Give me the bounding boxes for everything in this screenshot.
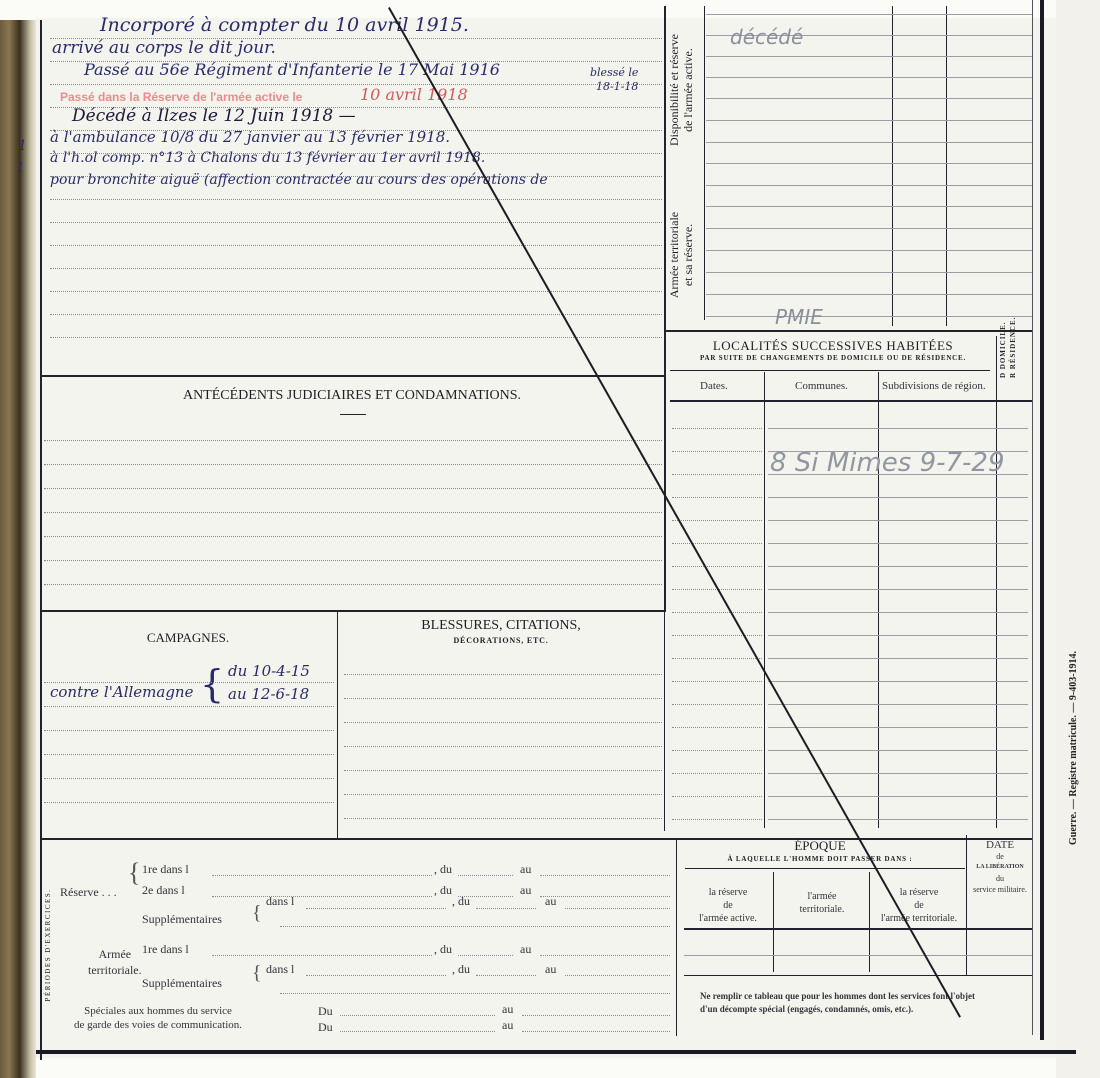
brace-icon: {	[200, 662, 224, 706]
note-line-5: à l'ambulance 10/8 du 27 janvier au 13 f…	[50, 128, 450, 146]
note-line-7: pour bronchite aiguë (affection contract…	[50, 172, 548, 188]
left-margin-mark-1: 1	[18, 138, 27, 154]
note-line-4: Décédé à Ilzes le 12 Juin 1918 —	[72, 106, 356, 126]
reserve-supp-field[interactable]	[306, 908, 446, 909]
domicile-residence-label: D DOMICILE. R RÉSIDENCE.	[998, 317, 1018, 378]
page-margin	[1056, 0, 1100, 1078]
reserve-supp-label: Supplémentaires	[142, 912, 222, 927]
localites-subtitle: PAR SUITE DE CHANGEMENTS DE DOMICILE OU …	[668, 354, 998, 362]
bottom-border	[36, 1050, 1076, 1054]
campaign-from: du 10-4-15	[228, 662, 310, 680]
reserve-1-field[interactable]	[212, 875, 432, 876]
left-margin-mark-2: l	[18, 160, 22, 176]
form-code: Guerre. — Registre matricule. — 9-403-19…	[1068, 651, 1079, 845]
campaign-to: au 12-6-18	[228, 685, 309, 703]
epoque-col-1: la réservedel'armée active.	[684, 886, 772, 925]
pencil-note-decede: décédé	[730, 25, 803, 49]
red-stamp-text: Passé dans la Réserve de l'armée active …	[60, 90, 302, 104]
main-column-divider	[664, 6, 666, 611]
reserve-label: Réserve . . .	[60, 885, 117, 900]
campaign-label: contre l'Allemagne	[50, 683, 193, 701]
section-divider	[40, 375, 666, 377]
armee-territoriale-label: Armée territoriale.	[88, 946, 142, 978]
column-subdivisions: Subdivisions de région.	[882, 380, 986, 392]
armee-1-field[interactable]	[212, 955, 432, 956]
pencil-stamp: PMIE	[775, 305, 823, 329]
note-line-3: Passé au 56e Régiment d'Infanterie le 17…	[84, 60, 500, 79]
note-line-2: arrivé au corps le dit jour.	[52, 38, 276, 58]
localites-title: LOCALITÉS SUCCESSIVES HABITÉES	[668, 338, 998, 354]
armee-supp-field[interactable]	[306, 975, 446, 976]
red-stamp-date: 10 avril 1918	[360, 85, 468, 104]
note-line-1: Incorporé à compter du 10 avril 1915.	[100, 14, 469, 36]
speciales-field-2[interactable]	[340, 1031, 495, 1032]
right-border	[1040, 0, 1044, 1040]
speciales-field-1[interactable]	[340, 1015, 495, 1016]
speciales-label: Spéciales aux hommes du service de garde…	[74, 1004, 242, 1032]
note-line-6: à l'h.ol comp. n°13 à Chalons du 13 févr…	[50, 150, 485, 166]
armee-supp-label: Supplémentaires	[142, 976, 222, 991]
epoque-col-2: l'arméeterritoriale.	[776, 890, 868, 916]
blessures-subtitle: DÉCORATIONS, ETC.	[340, 636, 662, 645]
label-disponibilite: Disponibilité et réserve de l'armée acti…	[667, 5, 695, 175]
reserve-2-label: 2e dans l	[142, 883, 185, 898]
campagnes-title: CAMPAGNES.	[40, 630, 336, 646]
antecedents-title: ANTÉCÉDENTS JUDICIAIRES ET CONDAMNATIONS…	[40, 388, 664, 404]
date-liberation-col: DATE de LA LIBÉRATION du service militai…	[968, 840, 1032, 895]
margin-note-2: 18-1-18	[596, 80, 638, 93]
left-border	[40, 20, 42, 1060]
label-armee-territoriale: Armée territoriale et sa réserve.	[667, 180, 695, 330]
column-dates: Dates.	[700, 380, 728, 392]
right-inner-border	[1032, 0, 1033, 1035]
blessures-title: BLESSURES, CITATIONS,	[340, 618, 662, 634]
reserve-2-field[interactable]	[212, 896, 432, 897]
epoque-title: ÉPOQUE	[680, 838, 960, 854]
book-binding	[0, 20, 36, 1078]
epoque-subtitle: À LAQUELLE L'HOMME DOIT PASSER DANS :	[680, 855, 960, 863]
periodes-side-label: PÉRIODES D'EXERCICES.	[44, 860, 52, 1030]
reserve-1-label: 1re dans l	[142, 862, 189, 877]
armee-1-label: 1re dans l	[142, 942, 189, 957]
epoque-col-3: la réservedel'armée territoriale.	[872, 886, 966, 925]
column-communes: Communes.	[795, 380, 848, 392]
margin-note-1: blessé le	[590, 66, 638, 79]
epoque-note: Ne remplir ce tableau que pour les homme…	[700, 990, 975, 1016]
